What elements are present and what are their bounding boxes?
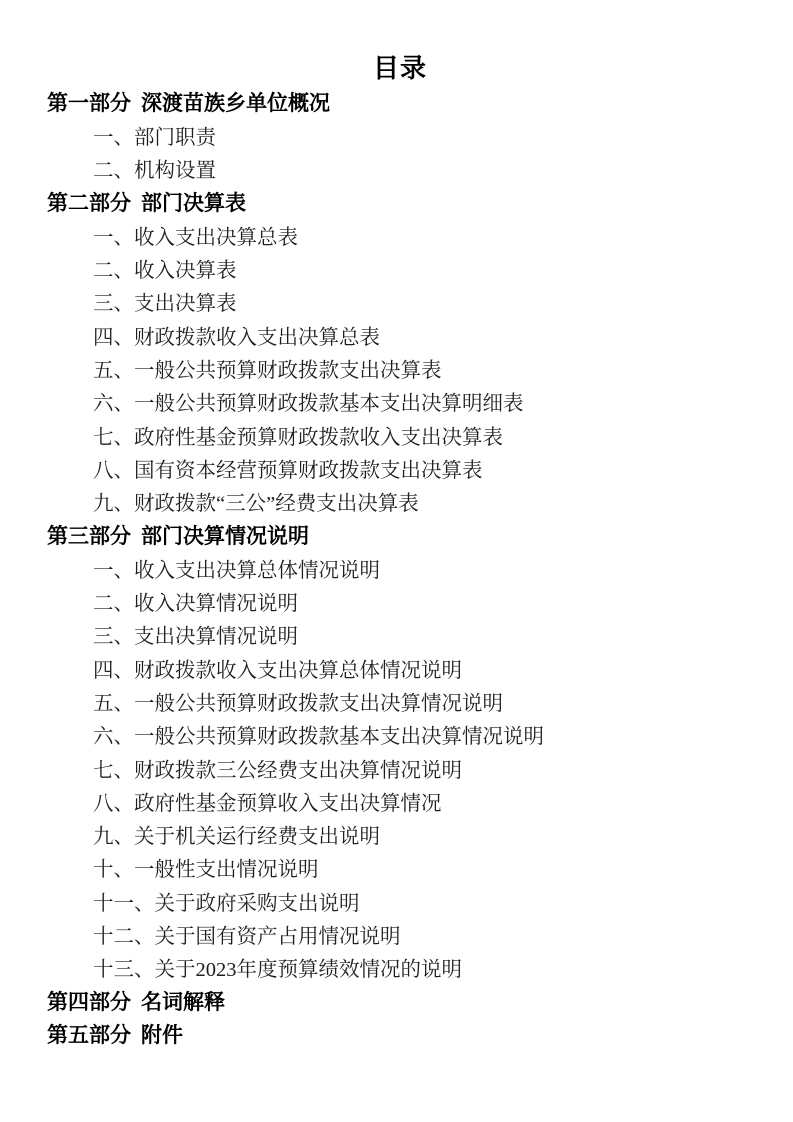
toc-item: 十、一般性支出情况说明 (93, 851, 753, 884)
toc-item: 六、一般公共预算财政拨款基本支出决算明细表 (93, 385, 753, 418)
toc-item: 五、一般公共预算财政拨款支出决算表 (93, 351, 753, 384)
section-title: 附件 (141, 1019, 183, 1049)
toc-item: 八、国有资本经营预算财政拨款支出决算表 (93, 451, 753, 484)
toc-item: 一、收入支出决算总体情况说明 (93, 551, 753, 584)
section-label: 第四部分 (47, 986, 131, 1016)
section-label: 第二部分 (47, 187, 131, 217)
toc-item: 三、支出决算情况说明 (93, 618, 753, 651)
toc-section-heading-4: 第四部分 名词解释 (47, 984, 753, 1017)
toc-item: 六、一般公共预算财政拨款基本支出决算情况说明 (93, 718, 753, 751)
toc-item: 十二、关于国有资产占用情况说明 (93, 917, 753, 950)
toc-item: 四、财政拨款收入支出决算总体情况说明 (93, 651, 753, 684)
toc-section-heading-2: 第二部分 部门决算表 (47, 185, 753, 218)
toc-item: 七、政府性基金预算财政拨款收入支出决算表 (93, 418, 753, 451)
toc-item: 一、部门职责 (93, 118, 753, 151)
toc-item: 二、收入决算情况说明 (93, 584, 753, 617)
toc-item: 十一、关于政府采购支出说明 (93, 884, 753, 917)
toc-item: 二、收入决算表 (93, 251, 753, 284)
section-label: 第一部分 (47, 87, 131, 117)
document-page: 目录 第一部分 深渡苗族乡单位概况 一、部门职责 二、机构设置 第二部分 部门决… (0, 0, 793, 1122)
page-title: 目录 (47, 52, 753, 85)
toc-item: 四、财政拨款收入支出决算总表 (93, 318, 753, 351)
toc-item: 三、支出决算表 (93, 285, 753, 318)
toc-item: 八、政府性基金预算收入支出决算情况 (93, 784, 753, 817)
toc-item: 五、一般公共预算财政拨款支出决算情况说明 (93, 684, 753, 717)
toc-section-heading-3: 第三部分 部门决算情况说明 (47, 518, 753, 551)
section-label: 第三部分 (47, 520, 131, 550)
toc-item: 九、关于机关运行经费支出说明 (93, 818, 753, 851)
section-label: 第五部分 (47, 1019, 131, 1049)
section-title: 名词解释 (141, 986, 225, 1016)
section-title: 部门决算表 (141, 187, 246, 217)
toc-item: 十三、关于2023年度预算绩效情况的说明 (93, 951, 753, 984)
section-title: 深渡苗族乡单位概况 (141, 87, 330, 117)
toc-section-heading-1: 第一部分 深渡苗族乡单位概况 (47, 85, 753, 118)
toc-item: 二、机构设置 (93, 152, 753, 185)
toc-item: 九、财政拨款“三公”经费支出决算表 (93, 485, 753, 518)
toc-item: 七、财政拨款三公经费支出决算情况说明 (93, 751, 753, 784)
section-title: 部门决算情况说明 (141, 520, 309, 550)
toc-item: 一、收入支出决算总表 (93, 218, 753, 251)
toc-section-heading-5: 第五部分 附件 (47, 1017, 753, 1050)
